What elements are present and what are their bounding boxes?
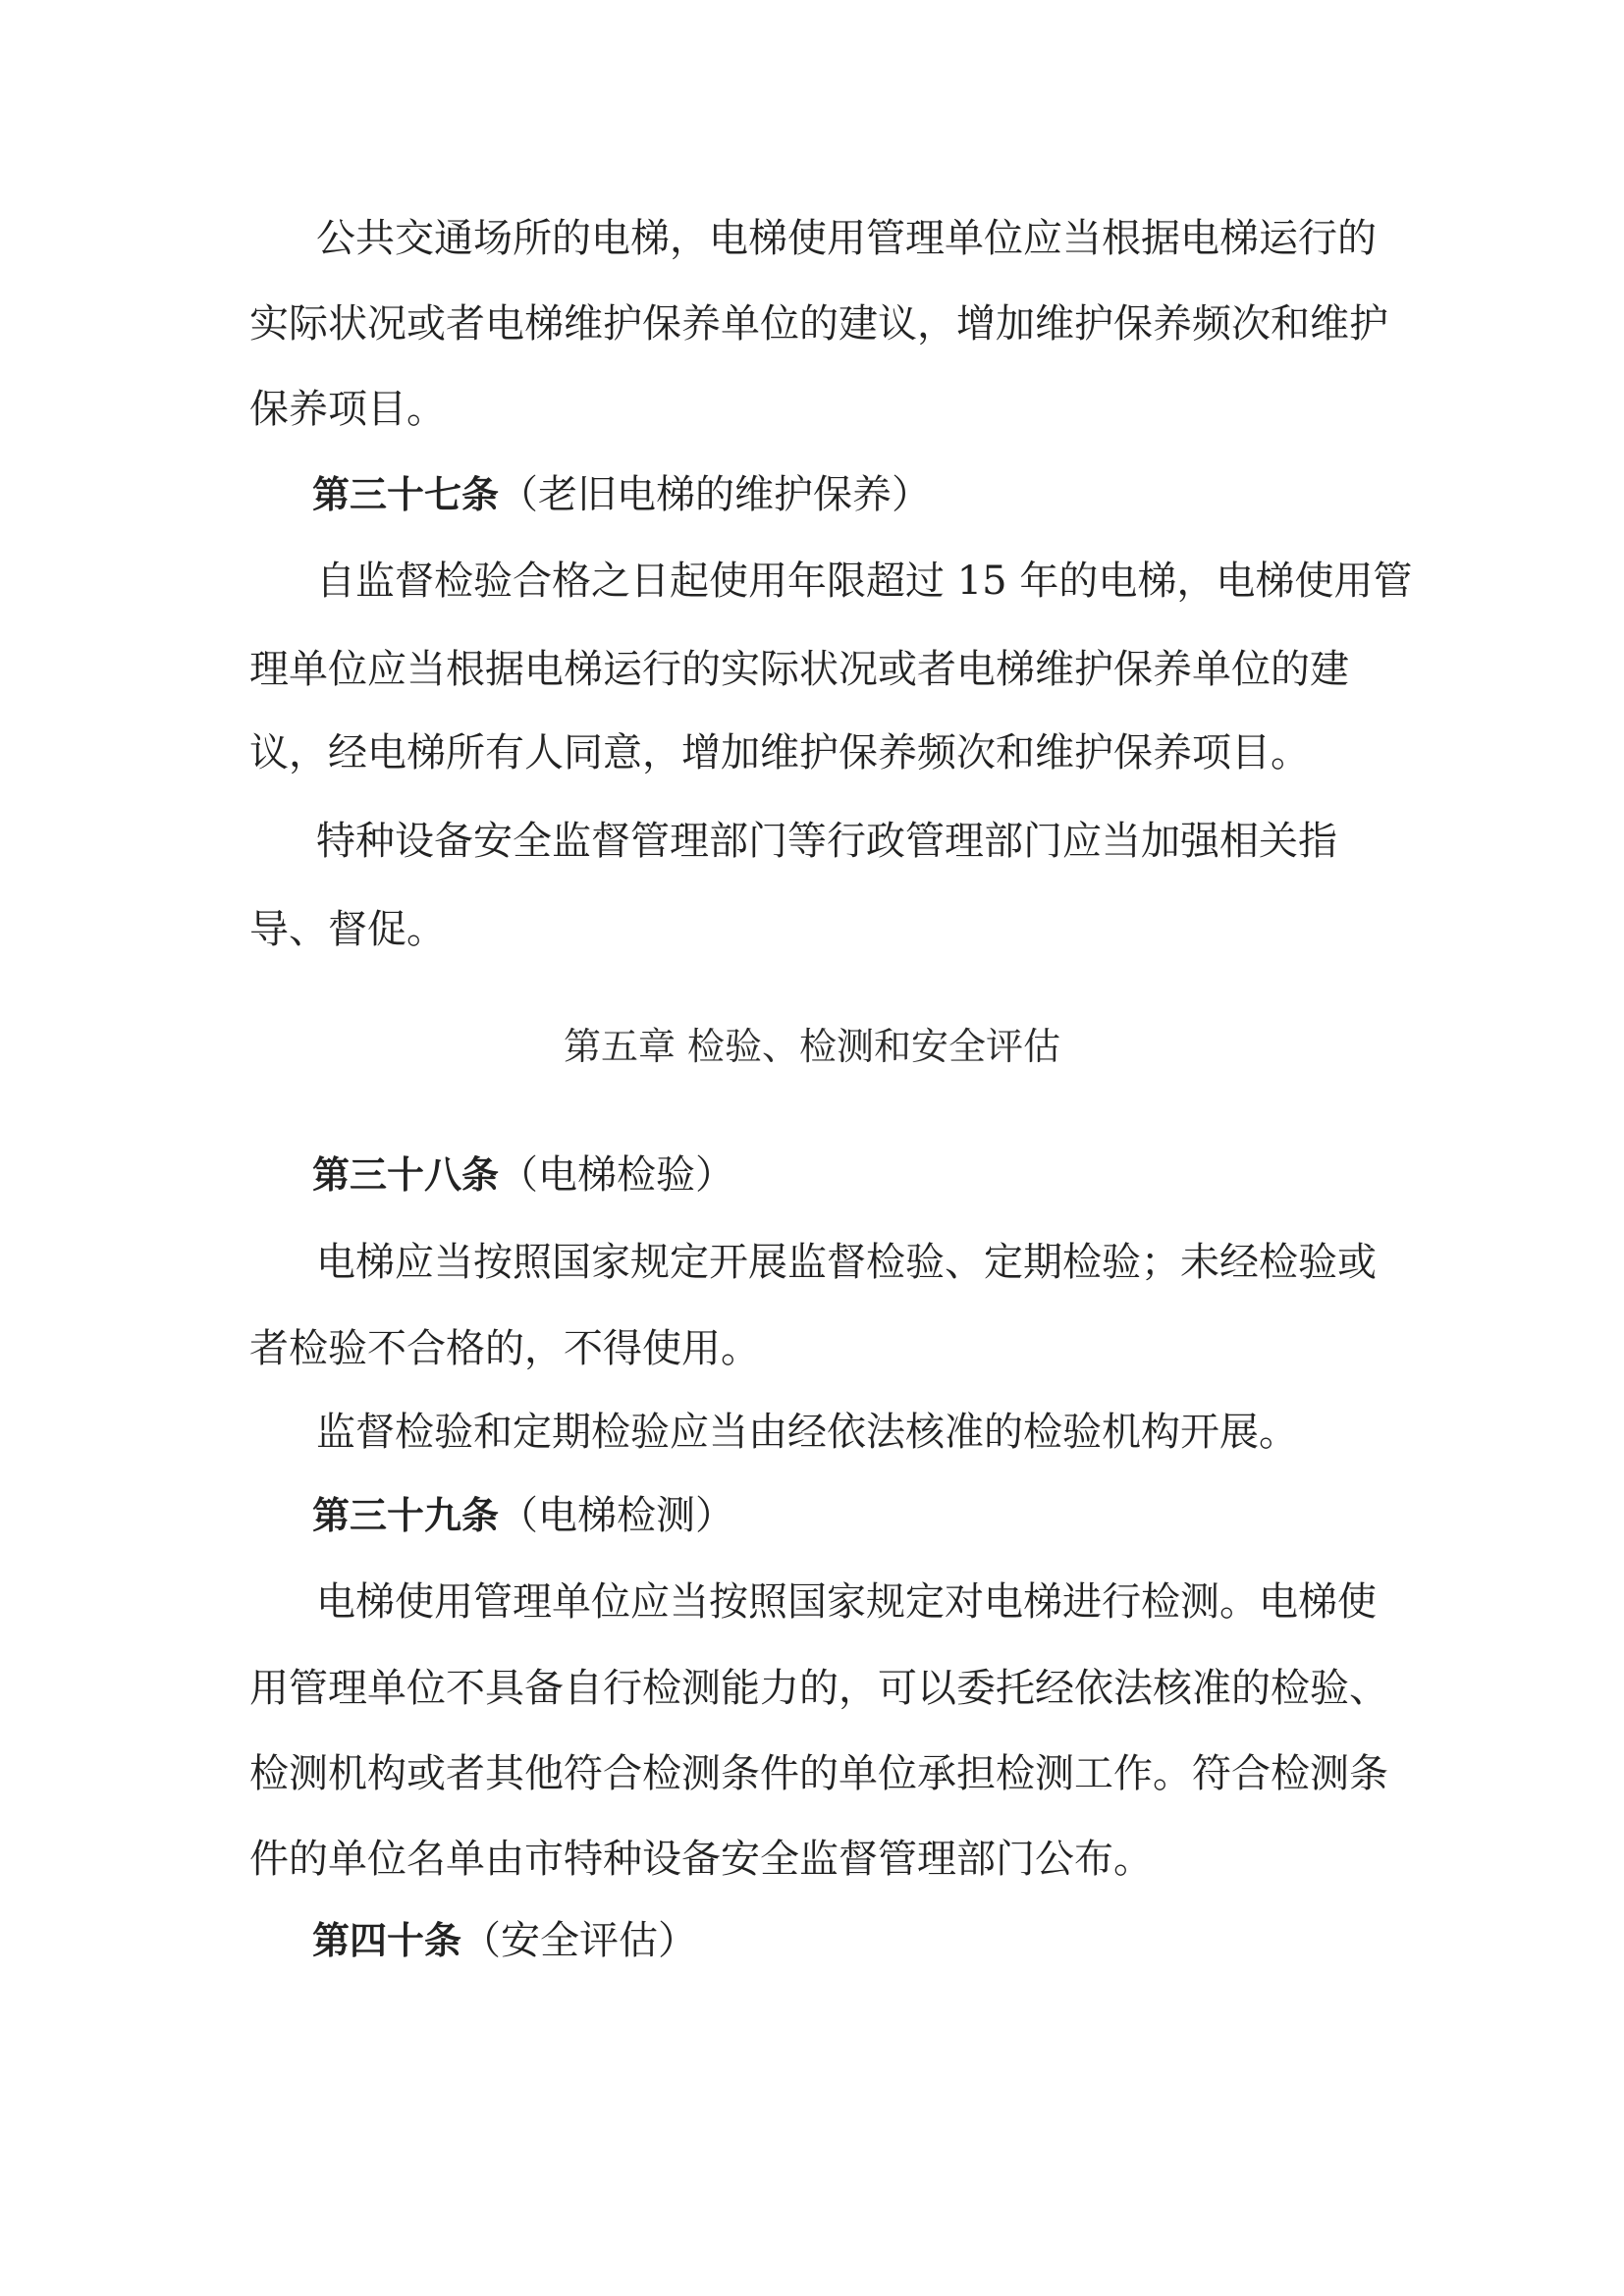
article-title: （安全评估） bbox=[461, 1918, 697, 1963]
article-39-heading: 第三十九条（电梯检测） bbox=[312, 1494, 734, 1537]
paragraph-line: 件的单位名单由市特种设备安全监督管理部门公布。 bbox=[249, 1838, 1153, 1881]
paragraph-line: 电梯使用管理单位应当按照国家规定对电梯进行检测。电梯使 bbox=[316, 1580, 1377, 1624]
paragraph-line: 议，经电梯所有人同意，增加维护保养频次和维护保养项目。 bbox=[249, 731, 1310, 774]
paragraph-line: 用管理单位不具备自行检测能力的，可以委托经依法核准的检验、 bbox=[249, 1667, 1388, 1710]
article-37-heading: 第三十七条（老旧电梯的维护保养） bbox=[312, 473, 931, 516]
paragraph-line: 者检验不合格的，不得使用。 bbox=[249, 1327, 760, 1370]
article-title: （电梯检测） bbox=[499, 1493, 734, 1538]
paragraph-line: 自监督检验合格之日起使用年限超过 15 年的电梯，电梯使用管 bbox=[316, 560, 1412, 603]
article-number: 第四十条 bbox=[312, 1919, 461, 1962]
article-title: （电梯检验） bbox=[499, 1152, 734, 1198]
paragraph-line: 检测机构或者其他符合检测条件的单位承担检测工作。符合检测条 bbox=[249, 1752, 1388, 1795]
paragraph-line: 理单位应当根据电梯运行的实际状况或者电梯维护保养单位的建 bbox=[249, 648, 1349, 691]
paragraph-line: 实际状况或者电梯维护保养单位的建议，增加维护保养频次和维护 bbox=[249, 302, 1388, 346]
paragraph-line: 特种设备安全监督管理部门等行政管理部门应当加强相关指 bbox=[316, 820, 1337, 863]
paragraph-line: 保养项目。 bbox=[249, 388, 446, 431]
paragraph-line: 电梯应当按照国家规定开展监督检验、定期检验；未经检验或 bbox=[316, 1241, 1377, 1284]
article-38-heading: 第三十八条（电梯检验） bbox=[312, 1153, 734, 1197]
paragraph-line: 公共交通场所的电梯，电梯使用管理单位应当根据电梯运行的 bbox=[316, 217, 1377, 260]
article-40-heading: 第四十条（安全评估） bbox=[312, 1919, 697, 1962]
article-number: 第三十八条 bbox=[312, 1153, 499, 1197]
paragraph-line: 导、督促。 bbox=[249, 908, 446, 951]
document-page: 公共交通场所的电梯，电梯使用管理单位应当根据电梯运行的 实际状况或者电梯维护保养… bbox=[0, 0, 1624, 2296]
chapter-title: 第五章 检验、检测和安全评估 bbox=[0, 1025, 1624, 1068]
article-number: 第三十七条 bbox=[312, 473, 499, 516]
paragraph-line: 监督检验和定期检验应当由经依法核准的检验机构开展。 bbox=[316, 1411, 1298, 1454]
article-title: （老旧电梯的维护保养） bbox=[499, 472, 931, 517]
article-number: 第三十九条 bbox=[312, 1494, 499, 1537]
